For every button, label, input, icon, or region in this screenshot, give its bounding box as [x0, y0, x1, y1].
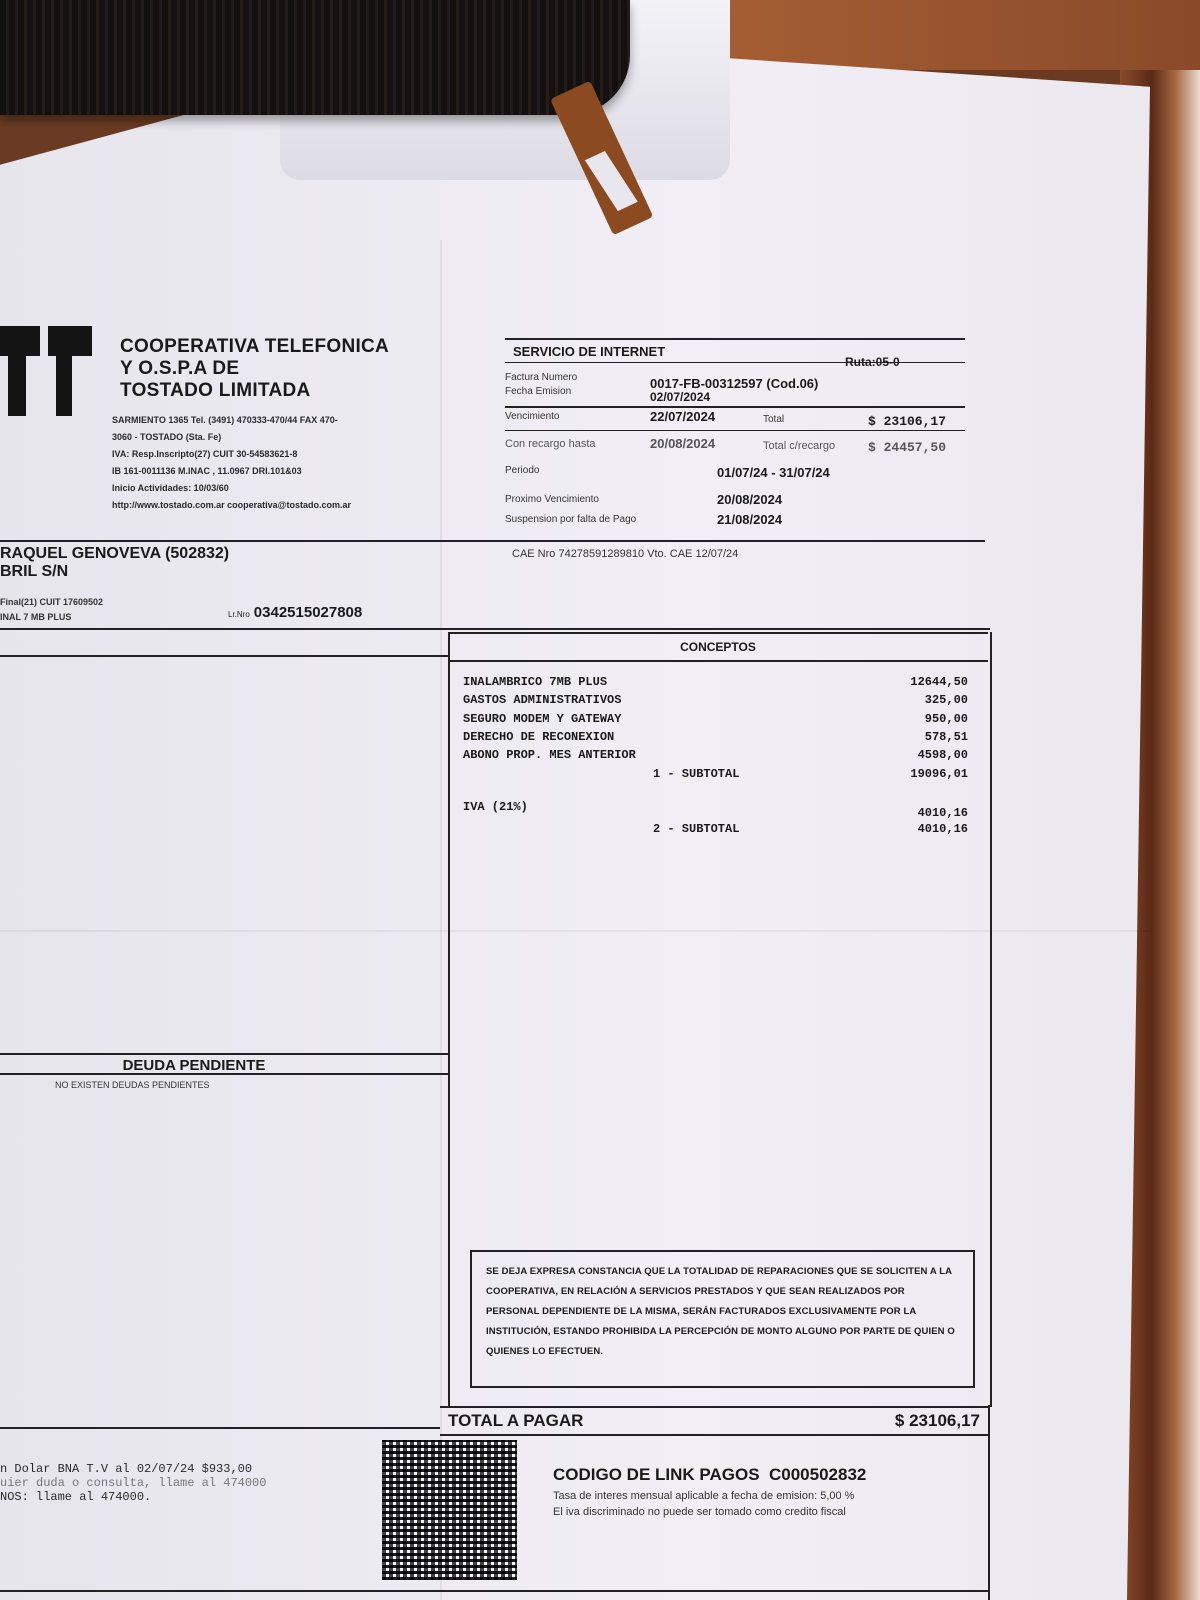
client-name: RAQUEL GENOVEVA (502832)	[0, 545, 229, 563]
due-date: 22/07/2024	[650, 409, 715, 424]
next-due-date: 20/08/2024	[717, 492, 782, 507]
payment-qr-code-icon	[382, 1440, 517, 1580]
invoice-number: 0017-FB-00312597 (Cod.06)	[650, 376, 818, 391]
concept-row: ABONO PROP. MES ANTERIOR4598,00	[463, 748, 978, 766]
period-label: Periodo	[505, 465, 539, 476]
cooperative-logo-icon	[0, 326, 95, 418]
period-value: 01/07/24 - 31/07/24	[717, 465, 830, 480]
invoice-document: COOPERATIVA TELEFONICA Y O.S.P.A DE TOST…	[0, 0, 1200, 1600]
company-website: http://www.tostado.com.ar cooperativa@to…	[112, 497, 351, 514]
invoice-number-label: Factura Numero	[505, 372, 577, 383]
total-label: Total	[763, 414, 784, 425]
divider	[505, 430, 965, 431]
pending-debt-note: NO EXISTEN DEUDAS PENDIENTES	[55, 1080, 210, 1090]
concept-row: GASTOS ADMINISTRATIVOS325,00	[463, 693, 978, 711]
divider	[0, 1590, 990, 1592]
footer-notes: n Dolar BNA T.V al 02/07/24 $933,00 uier…	[0, 1462, 266, 1504]
divider	[505, 406, 965, 408]
divider	[0, 540, 985, 542]
client-address: BRIL S/N	[0, 563, 68, 581]
concepts-header: CONCEPTOS	[448, 632, 988, 662]
surcharge-total-label: Total c/recargo	[763, 440, 835, 452]
cae-info: CAE Nro 74278591289810 Vto. CAE 12/07/24	[512, 548, 738, 560]
surcharge-until-label: Con recargo hasta	[505, 438, 596, 450]
subtotal-2-row: 2 - SUBTOTAL4010,16	[463, 822, 978, 840]
iva-row: IVA (21%)4010,16	[463, 800, 978, 818]
suspension-date: 21/08/2024	[717, 512, 782, 527]
issue-date: 02/07/2024	[650, 390, 710, 404]
concept-row: DERECHO DE RECONEXION578,51	[463, 730, 978, 748]
client-details: Final(21) CUIT 17609502 INAL 7 MB PLUS	[0, 595, 103, 625]
suspension-label: Suspension por falta de Pago	[505, 514, 636, 525]
divider	[0, 628, 990, 630]
box-border	[988, 1405, 990, 1600]
divider	[505, 338, 965, 340]
iva-note: El iva discriminado no puede ser tomado …	[553, 1506, 846, 1518]
repairs-notice: SE DEJA EXPRESA CONSTANCIA QUE LA TOTALI…	[470, 1250, 975, 1388]
company-details: SARMIENTO 1365 Tel. (3491) 470333-470/44…	[112, 412, 351, 514]
interest-note: Tasa de interes mensual aplicable a fech…	[553, 1490, 854, 1502]
surcharge-total-amount: $ 24457,50	[868, 440, 946, 455]
divider	[0, 1427, 440, 1429]
total-to-pay-label: TOTAL A PAGAR	[448, 1408, 583, 1434]
surcharge-until-date: 20/08/2024	[650, 436, 715, 451]
concept-row: SEGURO MODEM Y GATEWAY950,00	[463, 712, 978, 730]
service-title: SERVICIO DE INTERNET	[513, 344, 665, 359]
divider	[505, 362, 965, 363]
issue-date-label: Fecha Emision	[505, 386, 571, 397]
subtotal-1-row: 1 - SUBTOTAL19096,01	[463, 767, 978, 785]
concept-row: INALAMBRICO 7MB PLUS12644,50	[463, 675, 978, 693]
total-amount: $ 23106,17	[868, 414, 946, 429]
company-name: COOPERATIVA TELEFONICA Y O.S.P.A DE TOST…	[120, 336, 389, 402]
total-to-pay-amount: $ 23106,17	[895, 1408, 980, 1434]
next-due-label: Proximo Vencimiento	[505, 494, 599, 505]
pending-debt-header: DEUDA PENDIENTE	[0, 1053, 448, 1075]
link-pagos-code: CODIGO DE LINK PAGOS C000502832	[553, 1465, 866, 1485]
total-to-pay-row: TOTAL A PAGAR $ 23106,17	[440, 1406, 990, 1436]
divider	[0, 655, 448, 657]
due-date-label: Vencimiento	[505, 411, 559, 422]
client-line-number: Lr.Nro0342515027808	[228, 604, 362, 621]
